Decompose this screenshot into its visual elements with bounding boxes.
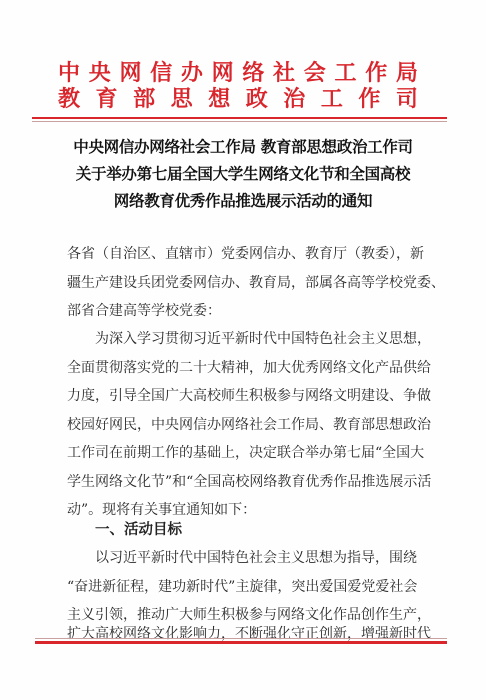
letterhead-char: 网 <box>212 61 234 87</box>
letterhead-line-2: 教 育 部 思 想 政 治 工 作 司 <box>58 87 418 113</box>
letterhead-char: 治 <box>283 87 305 113</box>
letterhead-char: 中 <box>58 61 80 87</box>
paragraph-line: 全面贯彻落实党的二十大精神，加大优秀网络文化产品供给 <box>67 358 417 378</box>
paragraph-line: 以习近平新时代中国特色社会主义思想为指导，围绕 <box>95 548 417 568</box>
letterhead-char: 部 <box>133 87 155 113</box>
letterhead-char: 作 <box>358 87 380 113</box>
letterhead-char: 工 <box>334 61 356 87</box>
notice-title-line-2: 关于举办第七届全国大学生网络文化节和全国高校 <box>40 160 446 187</box>
letterhead-char: 育 <box>96 87 118 113</box>
letterhead-char: 司 <box>396 87 418 113</box>
letterhead-divider-thin <box>32 121 447 122</box>
letterhead-char: 思 <box>171 87 193 113</box>
paragraph-line: 动”。现将有关事宜通知如下： <box>67 500 417 520</box>
letterhead-char: 络 <box>242 61 264 87</box>
letterhead-char: 会 <box>304 61 326 87</box>
paragraph-line: 力度，引导全国广大高校师生积极参与网络文明建设、争做 <box>67 386 417 406</box>
letterhead-char: 网 <box>119 61 141 87</box>
notice-title-line-3: 网络教育优秀作品推选展示活动的通知 <box>40 187 446 214</box>
letterhead-char: 央 <box>89 61 111 87</box>
letterhead-char: 教 <box>58 87 80 113</box>
footer-divider <box>35 641 447 644</box>
salutation-line: 各省（自治区、直辖市）党委网信办、教育厅（教委），新 <box>67 244 417 264</box>
letterhead-char: 社 <box>273 61 295 87</box>
salutation-line: 疆生产建设兵团党委网信办、教育局，部属各高等学校党委、 <box>67 273 417 293</box>
paragraph-line: 主义引领，推动广大师生积极参与网络文化作品创作生产， <box>67 605 417 625</box>
paragraph-line: 为深入学习贯彻习近平新时代中国特色社会主义思想， <box>95 329 417 349</box>
letterhead-char: 作 <box>365 61 387 87</box>
letterhead-char: 想 <box>208 87 230 113</box>
notice-title-line-1: 中央网信办网络社会工作局 教育部思想政治工作司 <box>40 133 446 160</box>
letterhead-line-1: 中 央 网 信 办 网 络 社 会 工 作 局 <box>58 61 418 87</box>
paragraph-line: 工作司在前期工作的基础上，决定联合举办第七届“全国大 <box>67 443 417 463</box>
letterhead-char: 政 <box>246 87 268 113</box>
letterhead-char: 信 <box>150 61 172 87</box>
paragraph-line: “奋进新征程，建功新时代”主旋律，突出爱国爱党爱社会 <box>67 577 417 597</box>
paragraph-line: 学生网络文化节”和“全国高校网络教育优秀作品推选展示活 <box>67 472 417 492</box>
footer-divider-thin <box>35 638 447 639</box>
section-heading: 一、活动目标 <box>95 520 182 540</box>
letterhead-divider <box>32 117 447 119</box>
letterhead-char: 局 <box>396 61 418 87</box>
letterhead-char: 工 <box>321 87 343 113</box>
letterhead-char: 办 <box>181 61 203 87</box>
salutation-line: 部省合建高等学校党委： <box>67 301 417 321</box>
paragraph-line: 校园好网民，中央网信办网络社会工作局、教育部思想政治 <box>67 415 417 435</box>
